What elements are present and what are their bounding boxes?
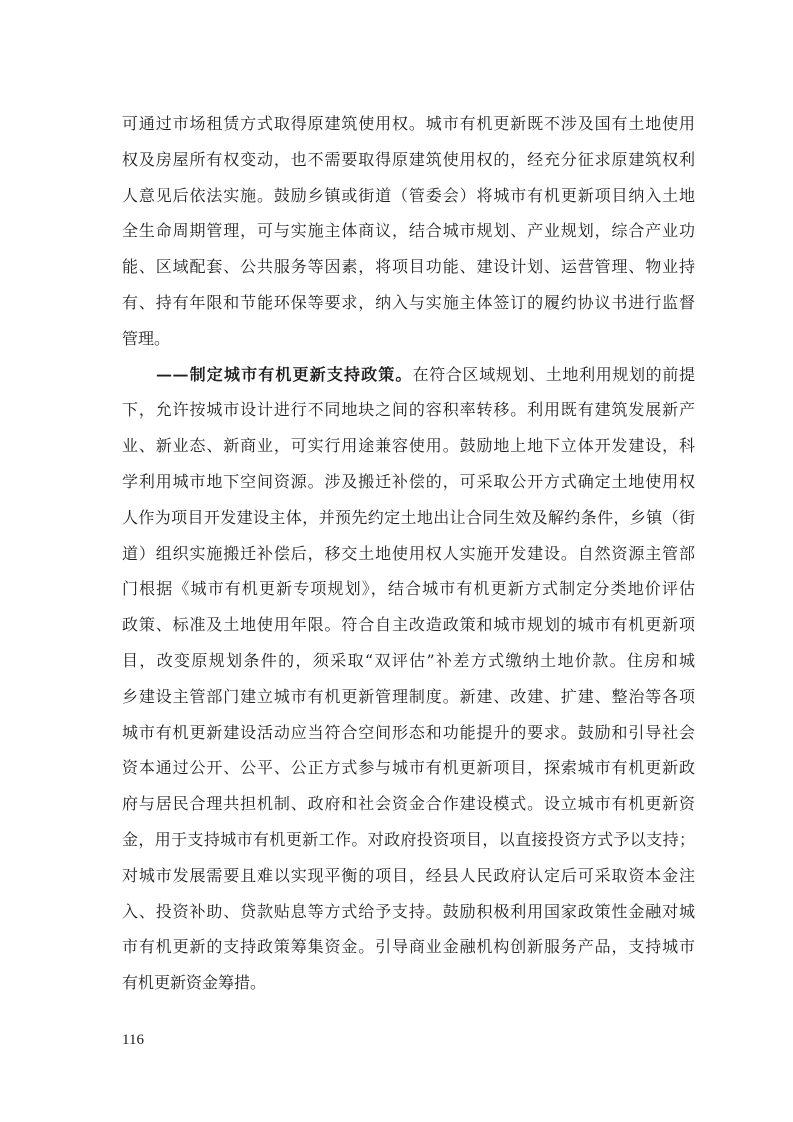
text-line: 下，允许按城市设计进行不同地块之间的容积率转移。利用既有建筑发展新产: [122, 392, 695, 428]
section-heading: ——制定城市有机更新支持政策。: [156, 365, 413, 384]
text-line: 城市有机更新建设活动应当符合空间形态和功能提升的要求。鼓励和引导社会: [122, 715, 695, 751]
text-line: 政策、标准及土地使用年限。符合自主改造政策和城市规划的城市有机更新项: [122, 607, 695, 643]
text-line: 市有机更新的支持政策筹集资金。引导商业金融机构创新服务产品，支持城市: [122, 929, 695, 965]
text-run: 在符合区域规划、土地利用规划的前提: [413, 365, 695, 384]
body-text: 可通过市场租赁方式取得原建筑使用权。城市有机更新既不涉及国有土地使用 权及房屋所…: [122, 106, 695, 1001]
text-line: 可通过市场租赁方式取得原建筑使用权。城市有机更新既不涉及国有土地使用: [122, 106, 695, 142]
text-line: 管理。: [122, 321, 695, 357]
text-line: 人意见后依法实施。鼓励乡镇或街道（管委会）将城市有机更新项目纳入土地: [122, 178, 695, 214]
text-line: 能、区域配套、公共服务等因素，将项目功能、建设计划、运营管理、物业持: [122, 249, 695, 285]
text-line: 学利用城市地下空间资源。涉及搬迁补偿的，可采取公开方式确定土地使用权: [122, 464, 695, 500]
page-number: 116: [122, 1032, 144, 1049]
text-line: 资本通过公开、公平、公正方式参与城市有机更新项目，探索城市有机更新政: [122, 750, 695, 786]
paragraph-2: ——制定城市有机更新支持政策。在符合区域规划、土地利用规划的前提 下，允许按城市…: [122, 357, 695, 1001]
text-line: 金，用于支持城市有机更新工作。对政府投资项目，以直接投资方式予以支持；: [122, 822, 695, 858]
text-line: 乡建设主管部门建立城市有机更新管理制度。新建、改建、扩建、整治等各项: [122, 679, 695, 715]
text-line: 对城市发展需要且难以实现平衡的项目，经县人民政府认定后可采取资本金注: [122, 858, 695, 894]
text-line: 入、投资补助、贷款贴息等方式给予支持。鼓励积极利用国家政策性金融对城: [122, 894, 695, 930]
text-line: 业、新业态、新商业，可实行用途兼容使用。鼓励地上地下立体开发建设，科: [122, 428, 695, 464]
text-line: 目，改变原规划条件的，须采取“双评估”补差方式缴纳土地价款。住房和城: [122, 643, 695, 679]
text-line: 府与居民合理共担机制、政府和社会资金合作建设模式。设立城市有机更新资: [122, 786, 695, 822]
document-page: 可通过市场租赁方式取得原建筑使用权。城市有机更新既不涉及国有土地使用 权及房屋所…: [0, 0, 793, 1122]
text-line: 权及房屋所有权变动，也不需要取得原建筑使用权的，经充分征求原建筑权利: [122, 142, 695, 178]
text-line: 全生命周期管理，可与实施主体商议，结合城市规划、产业规划，综合产业功: [122, 213, 695, 249]
text-line: 道）组织实施搬迁补偿后，移交土地使用权人实施开发建设。自然资源主管部: [122, 536, 695, 572]
heading-line: ——制定城市有机更新支持政策。在符合区域规划、土地利用规划的前提: [122, 357, 695, 393]
text-line: 有、持有年限和节能环保等要求，纳入与实施主体签订的履约协议书进行监督: [122, 285, 695, 321]
text-line: 门根据《城市有机更新专项规划》，结合城市有机更新方式制定分类地价评估: [122, 571, 695, 607]
paragraph-1: 可通过市场租赁方式取得原建筑使用权。城市有机更新既不涉及国有土地使用 权及房屋所…: [122, 106, 695, 357]
text-line: 人作为项目开发建设主体，并预先约定土地出让合同生效及解约条件，乡镇（街: [122, 500, 695, 536]
text-line: 有机更新资金筹措。: [122, 965, 695, 1001]
